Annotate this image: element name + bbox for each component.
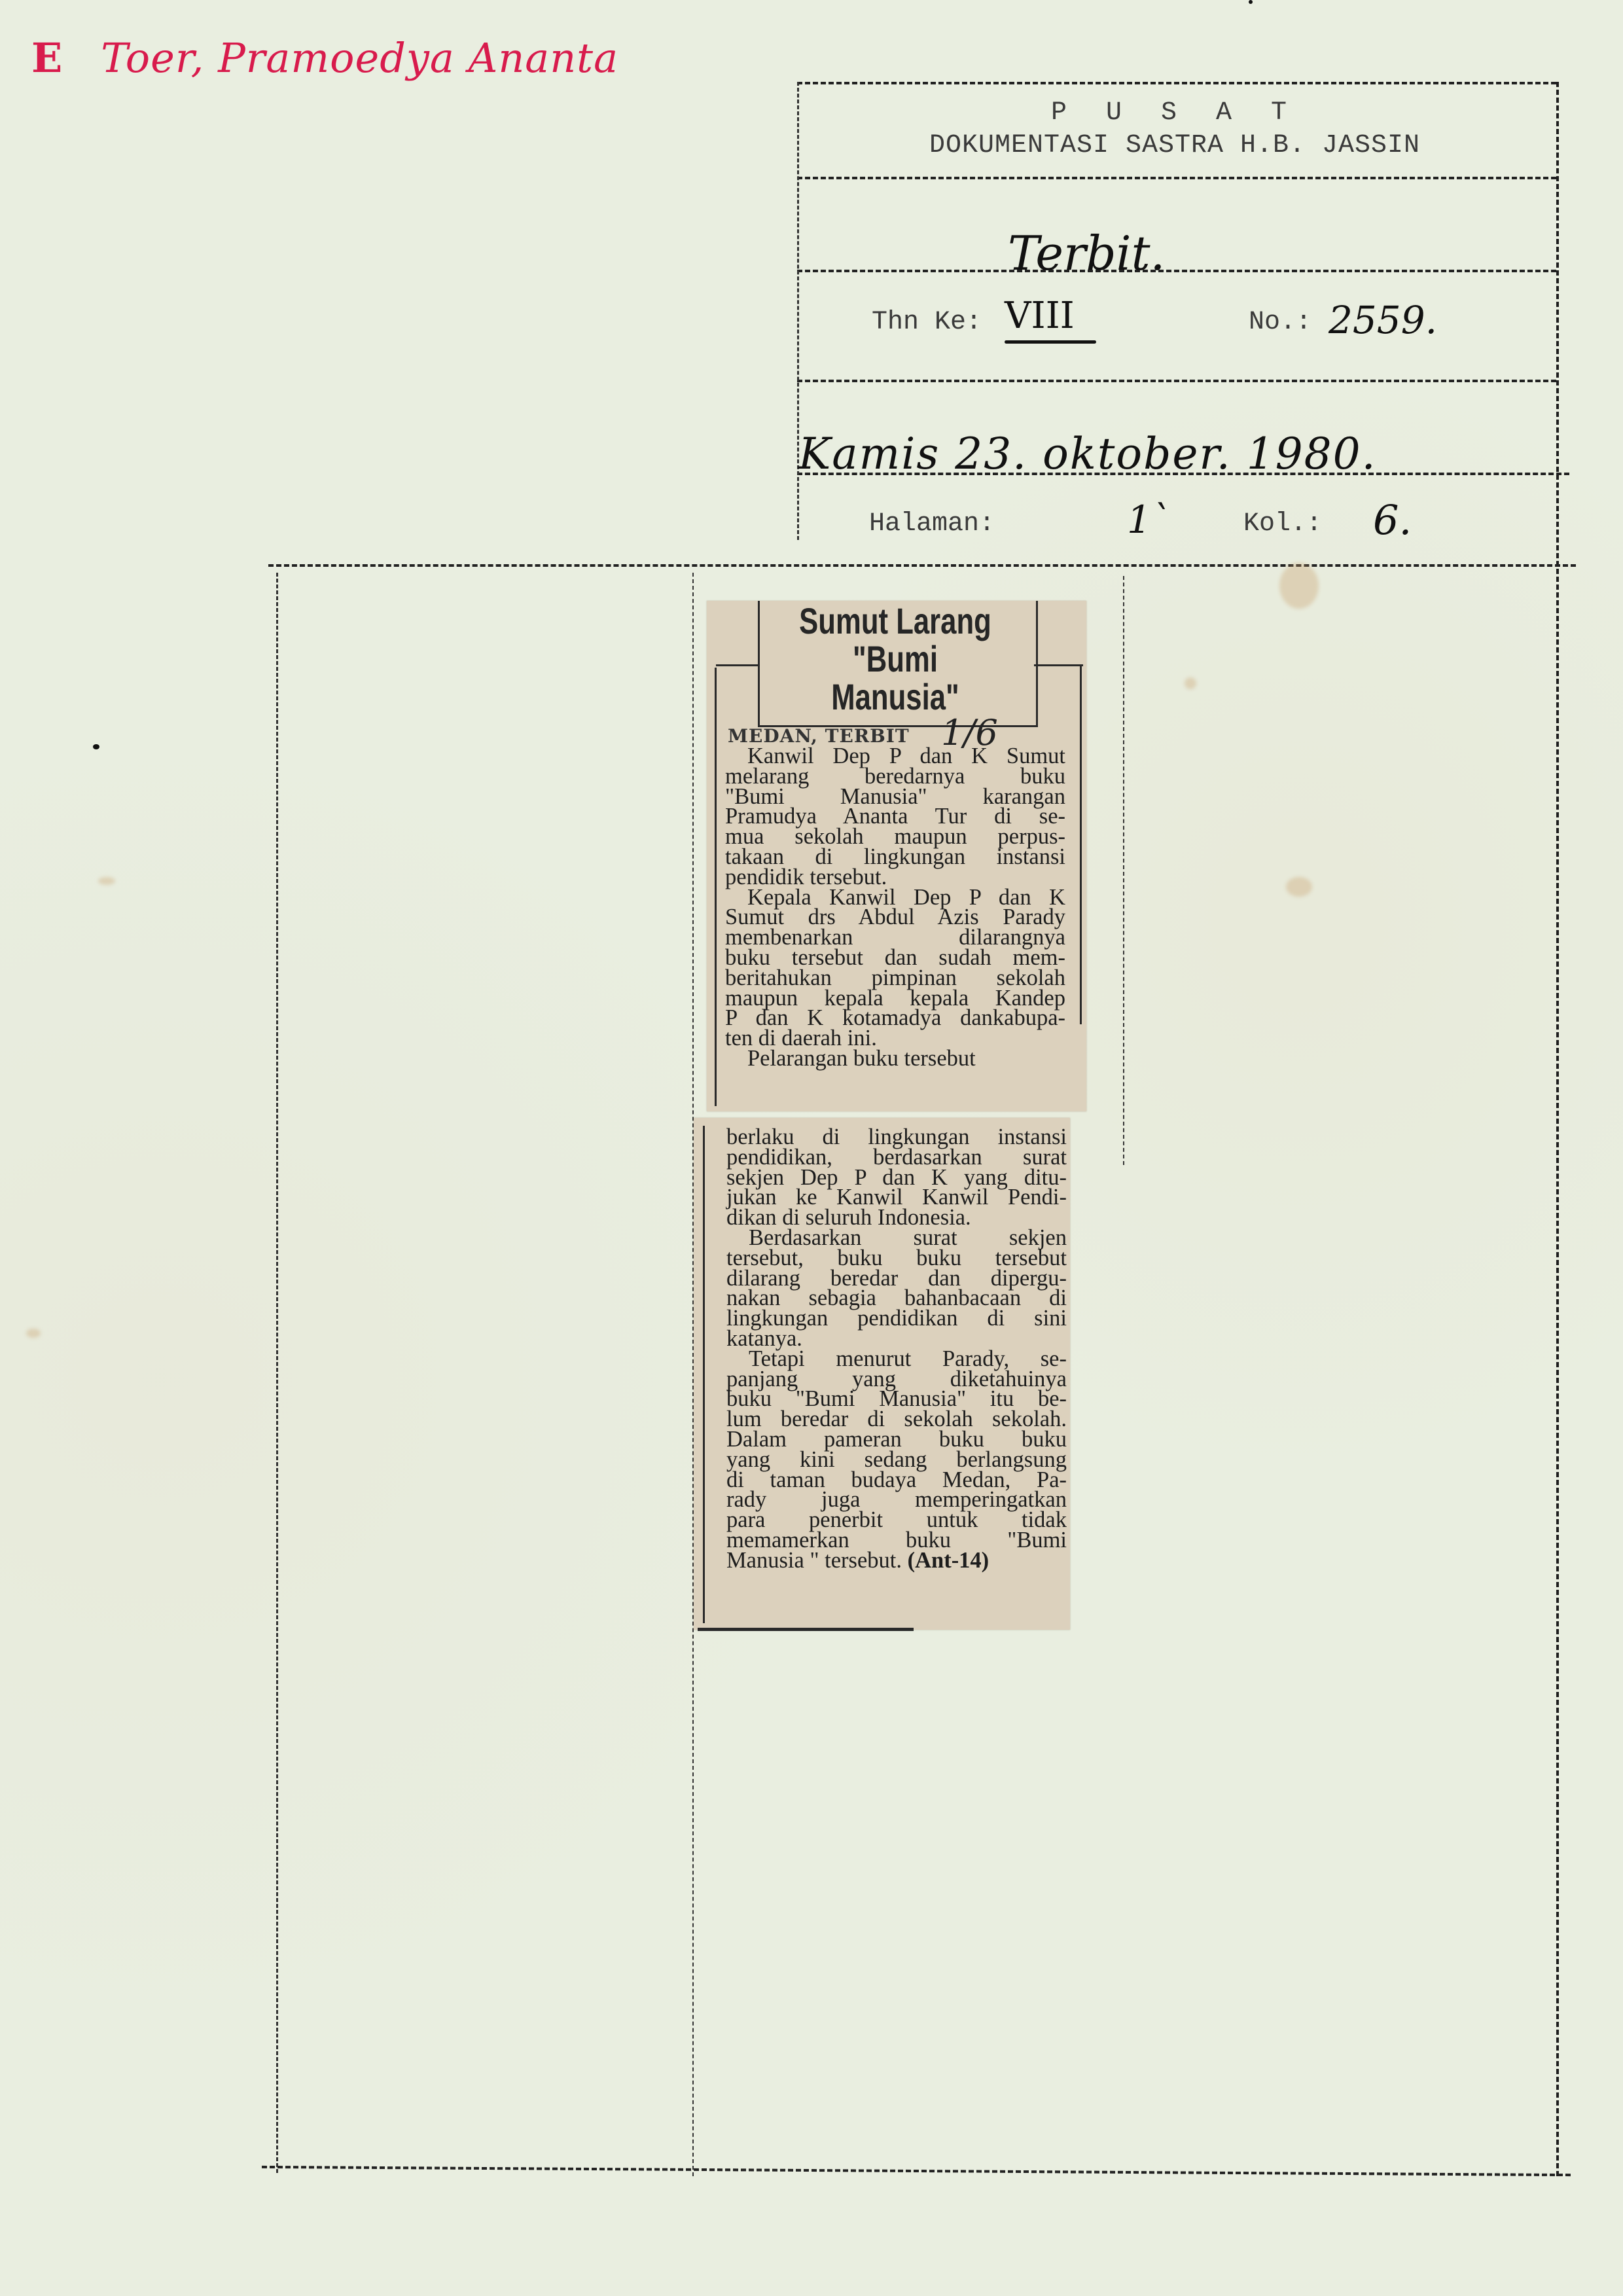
article-line: melarang beredarnya buku (725, 766, 1065, 787)
clipping-rule (715, 668, 717, 1106)
author-name: Toer, Pramoedya Ananta (101, 34, 618, 82)
ink-dot (93, 744, 99, 749)
clipping-rule (1080, 664, 1082, 1024)
foxing-stain (26, 1329, 41, 1338)
year-label: Thn Ke: (872, 308, 982, 337)
frame-border-left (276, 573, 278, 2173)
headline-line-2: "Bumi Manusia" (788, 640, 1003, 716)
stamp-divider (797, 177, 1556, 179)
headline: Sumut Larang "Bumi Manusia" (788, 602, 1003, 716)
stamp-subtitle: DOKUMENTASI SASTRA H.B. JASSIN (798, 131, 1551, 160)
article-body-part-2: berlaku di lingkungan instansipendidikan… (726, 1127, 1067, 1571)
foxing-stain (1286, 877, 1312, 897)
page-value: 1` (1127, 497, 1170, 542)
clipping-rule (716, 664, 759, 666)
article-line: Manusia " tersebut. (Ant-14) (726, 1551, 1067, 1571)
foxing-stain (1279, 563, 1319, 609)
article-line: tersebut, buku buku tersebut (726, 1248, 1067, 1268)
article-line: pendidik tersebut. (725, 867, 1065, 888)
stamp-divider (797, 380, 1556, 382)
publication-date: Kamis 23. oktober. 1980. (798, 429, 1377, 479)
stamp-border-top (797, 82, 1556, 84)
article-line: beritahukan pimpinan sekolah (725, 968, 1065, 988)
stamp-divider (797, 270, 1556, 272)
frame-border-bottom (262, 2166, 1571, 2176)
column-label: Kol.: (1243, 509, 1322, 539)
article-line: Tetapi menurut Parady, se- (726, 1349, 1067, 1369)
frame-column-guide (1123, 576, 1124, 1165)
stamp-border-right (1556, 82, 1559, 2176)
number-label: No.: (1249, 308, 1311, 337)
catalog-note: EToer, Pramoedya Ananta (31, 34, 618, 82)
year-underline (1005, 340, 1096, 344)
ink-dot (1249, 0, 1253, 4)
article-body-part-1: Kanwil Dep P dan K Sumutmelarang beredar… (725, 746, 1065, 1069)
foxing-stain (1185, 677, 1196, 689)
column-value: 6. (1373, 496, 1412, 544)
newspaper-name: Terbit. (1008, 226, 1165, 281)
stamp-title: P U S A T (798, 98, 1551, 128)
number-value: 2559. (1329, 298, 1437, 342)
article-line: pendidikan, berdasarkan surat (726, 1147, 1067, 1168)
clipping-rule (698, 1628, 914, 1631)
clipping-rule (703, 1126, 705, 1623)
source-tag: (Ant-14) (902, 1548, 989, 1573)
headline-line-1: Sumut Larang (788, 602, 1003, 640)
article-line: Pelarangan buku tersebut (725, 1049, 1065, 1069)
page-label: Halaman: (869, 509, 995, 539)
foxing-stain (98, 877, 115, 885)
clipping-rule (1034, 664, 1083, 666)
article-line: yang kini sedang berlangsung (726, 1450, 1067, 1470)
frame-border-top (268, 564, 1576, 567)
catalog-code: E (31, 34, 63, 82)
year-value: VIII (1005, 295, 1075, 337)
